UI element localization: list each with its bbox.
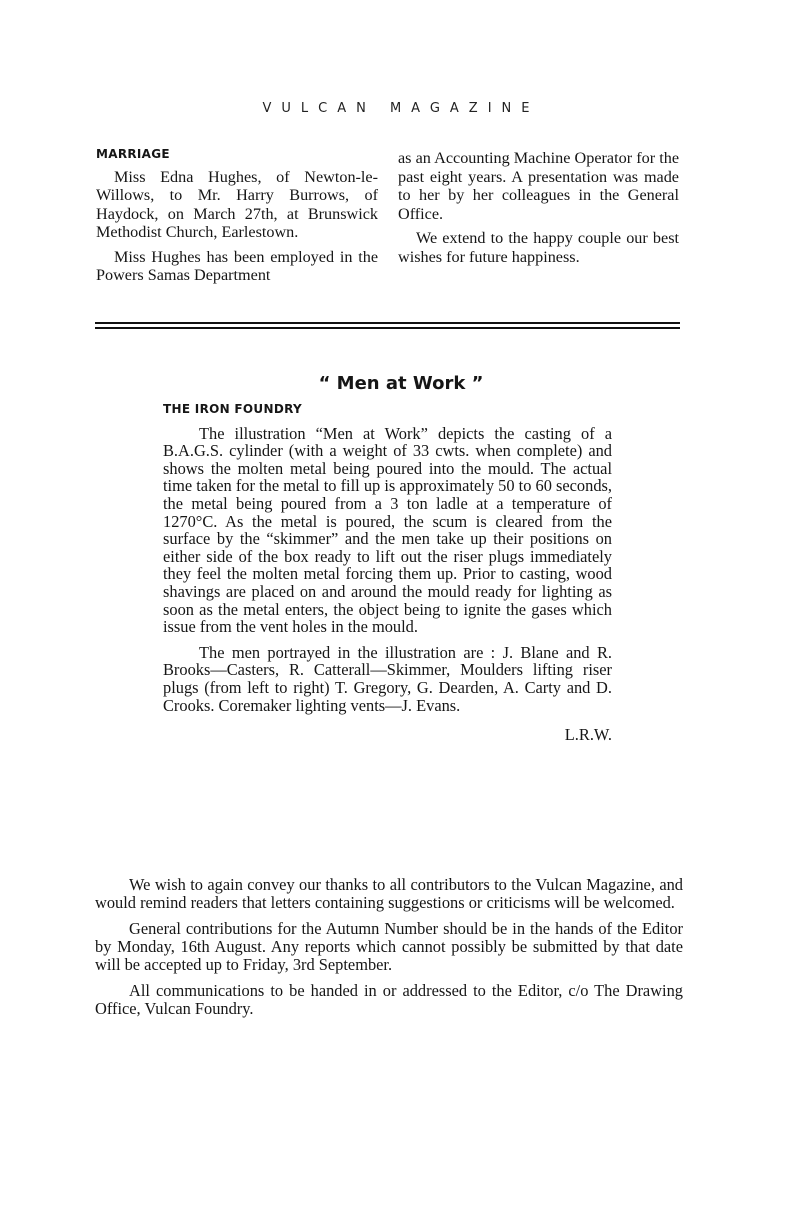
article-body: THE IRON FOUNDRY The illustration “Men a… — [163, 401, 612, 744]
marriage-heading: MARRIAGE — [96, 145, 378, 164]
marriage-paragraph-2-start: Miss Hughes has been employed in the Pow… — [96, 248, 378, 285]
article-title: “ Men at Work ” — [0, 373, 802, 394]
section-divider-top-line — [95, 322, 680, 324]
notice-deadline: General contributions for the Autumn Num… — [95, 920, 683, 974]
article-signature: L.R.W. — [163, 726, 612, 744]
section-divider-bottom-line — [95, 327, 680, 329]
article-subheading: THE IRON FOUNDRY — [163, 401, 612, 419]
notice-thanks: We wish to again convey our thanks to al… — [95, 876, 683, 912]
marriage-paragraph-3: We extend to the happy couple our best w… — [398, 229, 679, 266]
running-head: VULCAN MAGAZINE — [0, 101, 802, 116]
notice-address: All communications to be handed in or ad… — [95, 982, 683, 1018]
article-paragraph-1: The illustration “Men at Work” depicts t… — [163, 425, 612, 636]
marriage-paragraph-1: Miss Edna Hughes, of Newton-le-Willows, … — [96, 168, 378, 242]
marriage-left-column: MARRIAGE Miss Edna Hughes, of Newton-le-… — [96, 145, 378, 285]
marriage-right-column: as an Accounting Machine Operator for th… — [398, 149, 679, 266]
editorial-notices: We wish to again convey our thanks to al… — [95, 876, 683, 1026]
marriage-paragraph-2-continued: as an Accounting Machine Operator for th… — [398, 149, 679, 223]
article-paragraph-2: The men portrayed in the illustration ar… — [163, 644, 612, 714]
